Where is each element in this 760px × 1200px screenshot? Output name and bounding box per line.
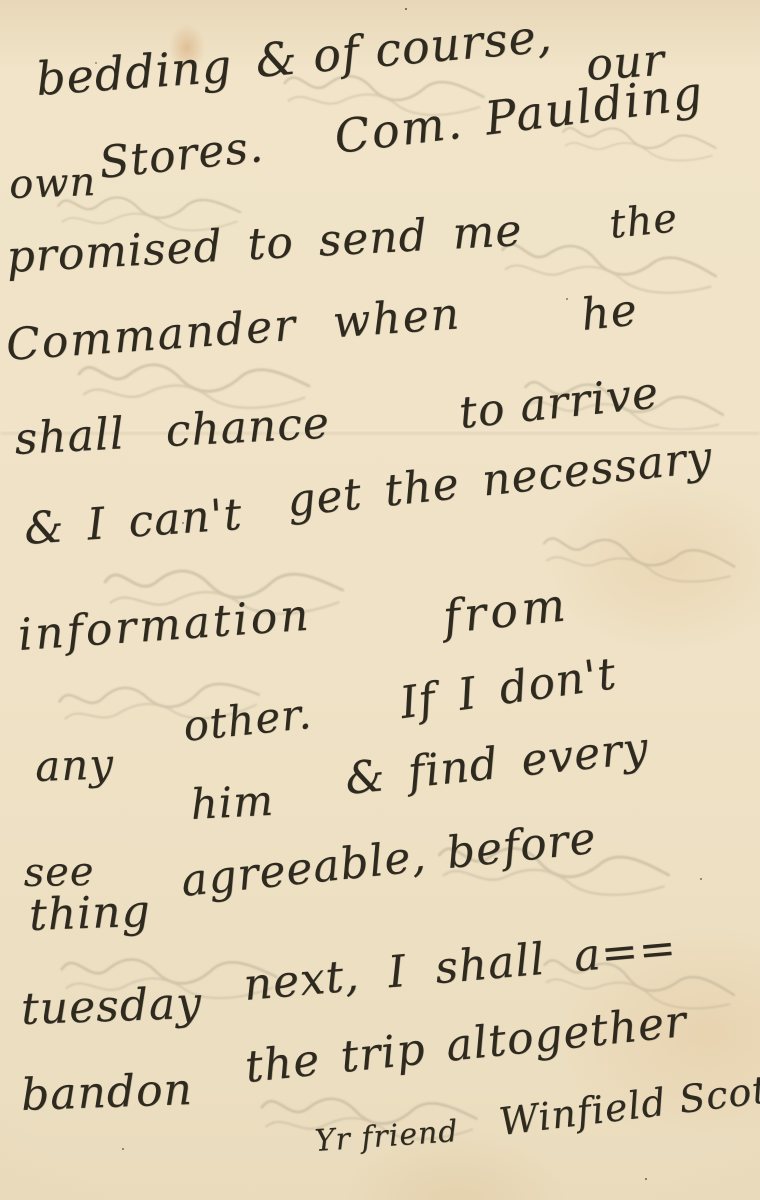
letter-text-segment: If I don't: [397, 648, 620, 729]
letter-signature: Winfield Scott: [497, 1065, 760, 1144]
letter-text-segment: tuesday: [20, 978, 203, 1035]
letter-text-segment: him: [189, 776, 275, 829]
letter-text-segment: the: [607, 195, 680, 248]
letter-text-segment: to arrive: [457, 367, 662, 439]
letter-text-segment: & find every: [343, 722, 651, 805]
letter-text-segment: the trip altogether: [243, 996, 690, 1093]
letter-text-segment: any: [34, 739, 114, 791]
letter-page: bedding & of course, our own Stores. Com…: [0, 0, 760, 1200]
letter-text-segment: bandon: [20, 1064, 193, 1121]
letter-text-segment: get the necessary: [285, 432, 715, 527]
letter-text-segment: from: [440, 577, 571, 644]
letter-text-segment: he: [579, 284, 640, 341]
verso-showthrough-mark: [538, 518, 743, 592]
letter-text-segment: shall chance: [13, 398, 331, 465]
letter-text-segment: Stores.: [97, 121, 266, 189]
letter-text-segment: thing: [28, 886, 151, 941]
paper-specks: [0, 0, 2, 2]
letter-text-segment: information: [16, 590, 313, 661]
letter-text-segment: bedding: [34, 38, 234, 106]
letter-text-segment: & I can't: [22, 489, 244, 555]
letter-text-segment: own: [8, 159, 97, 208]
